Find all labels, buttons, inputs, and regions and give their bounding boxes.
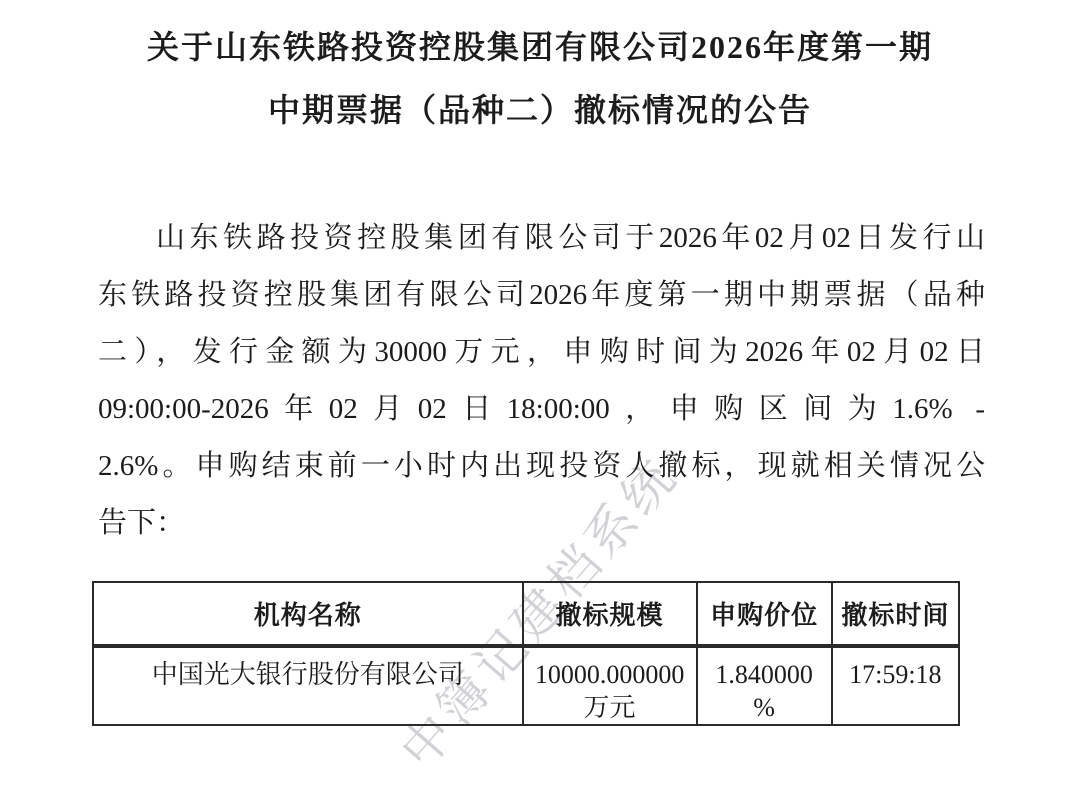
scale-unit: 万元 [524,691,696,724]
title-line-1: 关于山东铁路投资控股集团有限公司2026年度第一期 [0,16,1080,79]
column-header-org: 机构名称 [93,582,523,646]
scale-cell: 10000.000000 万元 [523,646,697,725]
org-name-cell: 中国光大银行股份有限公司 [93,646,523,725]
table-row: 中国光大银行股份有限公司 10000.000000 万元 1.840000 % … [93,646,959,725]
column-header-time: 撤标时间 [832,582,959,646]
column-header-scale: 撤标规模 [523,582,697,646]
price-unit: % [698,691,831,724]
price-cell: 1.840000 % [697,646,832,725]
announcement-page: 中簿记建档系统 关于山东铁路投资控股集团有限公司2026年度第一期 中期票据（品… [0,0,1080,787]
paragraph-line: 告下： [98,495,985,552]
paragraph-line: 09:00:00-2026年02月02日18:00:00，申购区间为1.6% - [98,381,985,438]
scale-value: 10000.000000 [524,658,696,691]
column-header-price: 申购价位 [697,582,832,646]
title-line-2: 中期票据（品种二）撤标情况的公告 [0,79,1080,142]
paragraph-line: 2.6%。申购结束前一小时内出现投资人撤标，现就相关情况公 [98,438,985,495]
price-value: 1.840000 [698,658,831,691]
paragraph-line: 山东铁路投资控股集团有限公司于2026年02月02日发行山 [98,210,985,267]
paragraph-line: 二），发行金额为30000万元，申购时间为2026年02月02日 [98,324,985,381]
paragraph-line: 东铁路投资控股集团有限公司2026年度第一期中期票据（品种 [98,267,985,324]
body-paragraph: 山东铁路投资控股集团有限公司于2026年02月02日发行山 东铁路投资控股集团有… [98,210,985,552]
withdrawal-table: 机构名称 撤标规模 申购价位 撤标时间 中国光大银行股份有限公司 10000.0… [92,581,960,726]
page-title: 关于山东铁路投资控股集团有限公司2026年度第一期 中期票据（品种二）撤标情况的… [0,0,1080,142]
withdrawal-table-wrapper: 机构名称 撤标规模 申购价位 撤标时间 中国光大银行股份有限公司 10000.0… [92,581,1080,726]
document-content: 关于山东铁路投资控股集团有限公司2026年度第一期 中期票据（品种二）撤标情况的… [0,0,1080,726]
time-cell: 17:59:18 [832,646,959,725]
table-header-row: 机构名称 撤标规模 申购价位 撤标时间 [93,582,959,646]
